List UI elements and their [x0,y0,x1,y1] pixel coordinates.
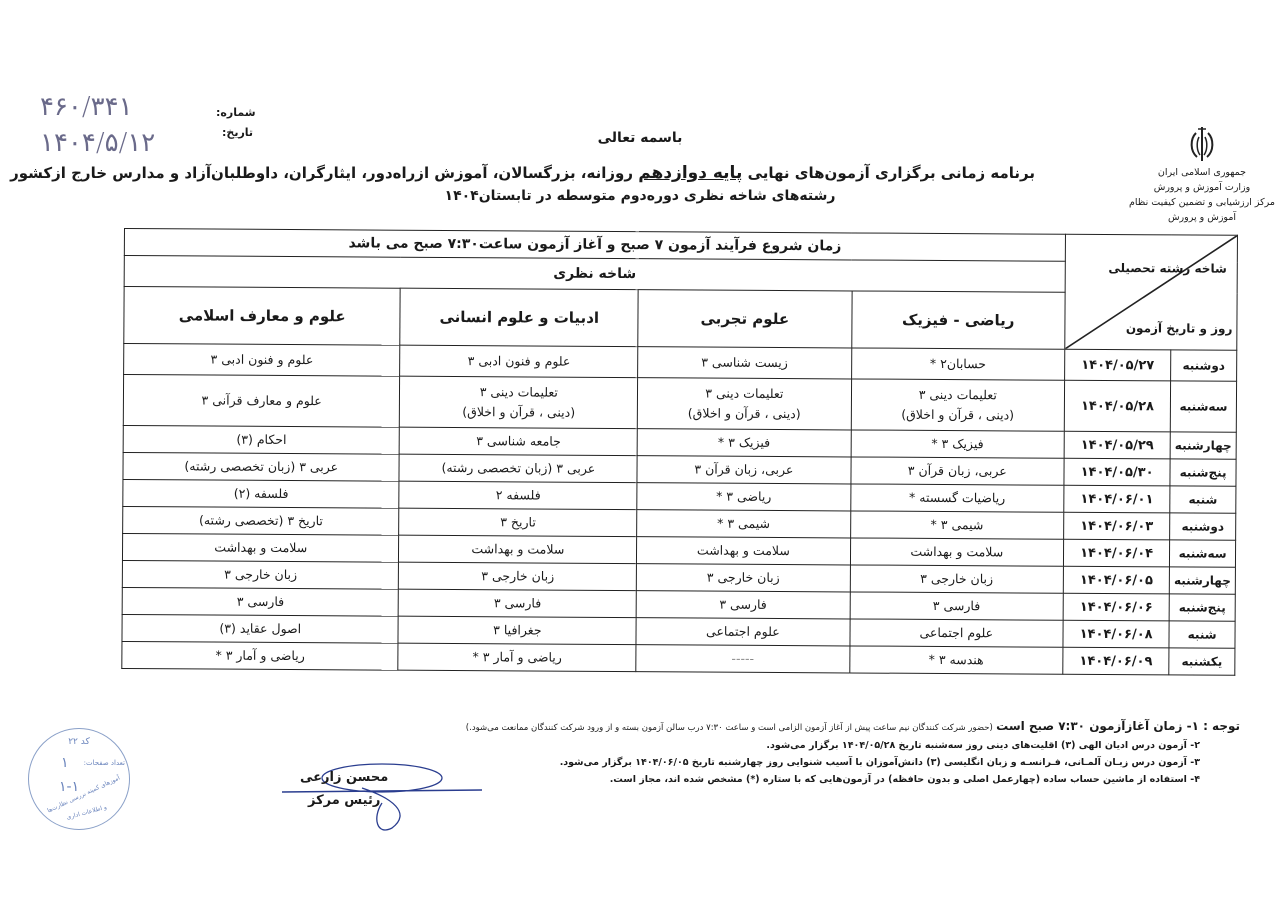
cell-islamic: فارسی ۳ [122,587,399,616]
title-part-1: برنامه زمانی برگزاری آزمون‌های نهایی [748,164,1035,182]
note-3: ۳- آزمون درس زبـان آلمـانی، فـرانسـه و ز… [420,754,1240,771]
corner-branch-label: شاخه رشته تحصیلی [1108,261,1226,276]
cell-experimental: فارسی ۳ [636,591,850,619]
cell-islamic: علوم و معارف قرآنی ۳ [123,375,400,428]
cell-experimental: فیزیک ۳ * [637,429,851,457]
cell-islamic: سلامت و بهداشت [122,533,399,562]
row-date: ۱۴۰۴/۰۶/۰۱ [1064,485,1170,513]
official-stamp: کد ۲۲ تعداد صفحات: ۱ ۱-۱ آموزهای کمیته ب… [28,728,130,830]
row-day: پنج‌شنبه [1169,594,1235,621]
row-day: چهارشنبه [1169,567,1235,594]
corner-date-label: روز و تاریخ آزمون [1126,321,1233,336]
cell-experimental: شیمی ۳ * [637,510,851,538]
note-2: ۲- آزمون درس ادیان الهی (۳) اقلیت‌های دی… [420,737,1240,754]
cell-islamic: علوم و فنون ادبی ۳ [124,344,401,377]
cell-math-physics: فیزیک ۳ * [851,430,1065,458]
emblem-line-1: جمهوری اسلامی ایران [1128,165,1276,180]
cell-experimental: ریاضی ۳ * [637,483,851,511]
notes-section: توجه : ۱- زمان آغازآزمون ۷:۳۰ صبح است (ح… [420,718,1240,788]
cell-humanities: جامعه شناسی ۳ [400,427,638,455]
cell-islamic: فلسفه (۲) [123,479,400,508]
title-grade: پایه دوازدهم [638,163,742,183]
stamp-count-label: تعداد صفحات: [84,759,125,767]
emblem-line-4: آموزش و پرورش [1128,210,1276,225]
row-day: دوشنبه [1170,513,1236,540]
cell-humanities: سلامت و بهداشت [399,535,637,563]
cell-math-physics: علوم اجتماعی [850,619,1064,647]
row-date: ۱۴۰۴/۰۶/۰۵ [1063,566,1169,594]
row-date: ۱۴۰۴/۰۶/۰۴ [1063,539,1169,567]
cell-math-physics: ریاضیات گسسته * [850,484,1064,512]
cell-math-physics: فارسی ۳ [850,592,1064,620]
cell-humanities: فارسی ۳ [399,589,637,617]
cell-islamic: احکام (۳) [123,425,400,454]
cell-experimental: زیست شناسی ۳ [638,347,852,379]
row-date: ۱۴۰۴/۰۶/۰۶ [1063,593,1169,621]
cell-experimental: زبان خارجی ۳ [636,564,850,592]
document-title: برنامه زمانی برگزاری آزمون‌های نهایی پای… [245,163,1035,183]
column-header-humanities: ادبیات و علوم انسانی [400,288,638,346]
row-day: سه‌شنبه [1170,381,1236,432]
title-part-2: روزانه، بزرگسالان، آموزش ازراه‌دور، ایثا… [10,164,633,182]
column-header-islamic-studies: علوم و معارف اسلامی [124,287,401,346]
number-label: شماره: [216,106,256,119]
cell-humanities: جغرافیا ۳ [398,616,636,644]
row-date: ۱۴۰۴/۰۵/۳۰ [1064,458,1170,486]
row-date: ۱۴۰۴/۰۶/۰۹ [1063,647,1169,675]
exam-schedule-table: شاخه رشته تحصیلی روز و تاریخ آزمون زمان … [121,228,1238,676]
basmala: باسمه تعالی [540,130,740,146]
cell-islamic: عربی ۳ (زبان تخصصی رشته) [123,452,400,481]
cell-experimental: ----- [636,645,850,673]
table-row: یکشنبه ۱۴۰۴/۰۶/۰۹ هندسه ۳ * ----- ریاضی … [122,641,1235,675]
cell-math-physics: هندسه ۳ * [849,646,1063,674]
row-day: یکشنبه [1169,648,1235,675]
signatory-role: رئیس مرکز [308,793,380,808]
row-day: چهارشنبه [1170,432,1236,459]
stamp-count: ۱ [61,755,69,771]
row-date: ۱۴۰۴/۰۶/۰۸ [1063,620,1169,648]
cell-experimental: تعلیمات دینی ۳ (دینی ، قرآن و اخلاق) [637,378,851,430]
document-subtitle: رشته‌های شاخه نظری دوره‌دوم متوسطه در تا… [440,188,840,204]
column-header-math-physics: ریاضی - فیزیک [851,291,1065,349]
emblem-block: جمهوری اسلامی ایران وزارت آموزش و پرورش … [1128,125,1276,225]
cell-math-physics: حسابان۲ * [851,348,1065,380]
row-day: دوشنبه [1171,350,1237,381]
cell-humanities: زبان خارجی ۳ [399,562,637,590]
stamp-org-line-2: و اطلاعات اداری [65,804,107,821]
iran-emblem-icon [1187,125,1217,163]
column-header-experimental-sciences: علوم تجربی [638,290,852,348]
cell-humanities: ریاضی و آمار ۳ * [398,643,636,671]
handwritten-number: ۴۶۰/۳۴۱ [40,92,133,122]
note-1: توجه : ۱- زمان آغازآزمون ۷:۳۰ صبح است (ح… [420,718,1240,737]
row-day: شنبه [1170,486,1236,513]
cell-humanities: فلسفه ۲ [399,481,637,509]
row-date: ۱۴۰۴/۰۶/۰۳ [1064,512,1170,540]
row-day: سه‌شنبه [1170,540,1236,567]
cell-humanities: علوم و فنون ادبی ۳ [400,345,638,377]
stamp-page: ۱-۱ [59,779,79,795]
note-4: ۴- استفاده از ماشین حساب ساده (چهارعمل ا… [420,771,1240,788]
cell-islamic: اصول عقاید (۳) [122,614,399,643]
cell-islamic: زبان خارجی ۳ [122,560,399,589]
row-day: پنج‌شنبه [1170,459,1236,486]
cell-experimental: علوم اجتماعی [636,618,850,646]
row-day: شنبه [1169,621,1235,648]
stamp-code: کد ۲۲ [29,737,129,747]
note-1-lead: توجه : ۱- زمان آغازآزمون ۷:۳۰ صبح است [996,719,1240,733]
corner-header: شاخه رشته تحصیلی روز و تاریخ آزمون [1065,234,1238,350]
note-1-detail: (حضور شرکت کنندگان نیم ساعت پیش از آغاز … [466,723,993,733]
cell-experimental: سلامت و بهداشت [637,537,851,565]
cell-experimental: عربی، زبان قرآن ۳ [637,456,851,484]
cell-math-physics: عربی، زبان قرآن ۳ [850,457,1064,485]
table-row: سه‌شنبه ۱۴۰۴/۰۵/۲۸ تعلیمات دینی ۳ (دینی … [123,375,1236,433]
row-date: ۱۴۰۴/۰۵/۲۹ [1064,431,1170,459]
handwritten-date: ۱۴۰۴/۵/۱۲ [40,128,155,158]
emblem-line-2: وزارت آموزش و پرورش [1128,180,1276,195]
row-date: ۱۴۰۴/۰۵/۲۸ [1064,380,1170,432]
emblem-line-3: مرکز ارزشیابی و تضمین کیفیت نظام [1128,195,1276,210]
stamp-org-line-1: آموزهای کمیته بررسی نظارت‌ها [46,775,121,815]
signatory-name: محسن زارعی [300,770,388,785]
cell-math-physics: زبان خارجی ۳ [850,565,1064,593]
cell-humanities: عربی ۳ (زبان تخصصی رشته) [399,454,637,482]
cell-humanities: تعلیمات دینی ۳ (دینی ، قرآن و اخلاق) [400,376,638,428]
cell-humanities: تاریخ ۳ [399,508,637,536]
cell-math-physics: تعلیمات دینی ۳ (دینی ، قرآن و اخلاق) [851,379,1065,431]
cell-math-physics: سلامت و بهداشت [850,538,1064,566]
cell-islamic: تاریخ ۳ (تخصصی رشته) [123,506,400,535]
cell-math-physics: شیمی ۳ * [850,511,1064,539]
date-label: تاریخ: [222,126,253,139]
cell-islamic: ریاضی و آمار ۳ * [122,641,399,670]
emblem-icon [1128,125,1276,165]
row-date: ۱۴۰۴/۰۵/۲۷ [1065,349,1171,381]
